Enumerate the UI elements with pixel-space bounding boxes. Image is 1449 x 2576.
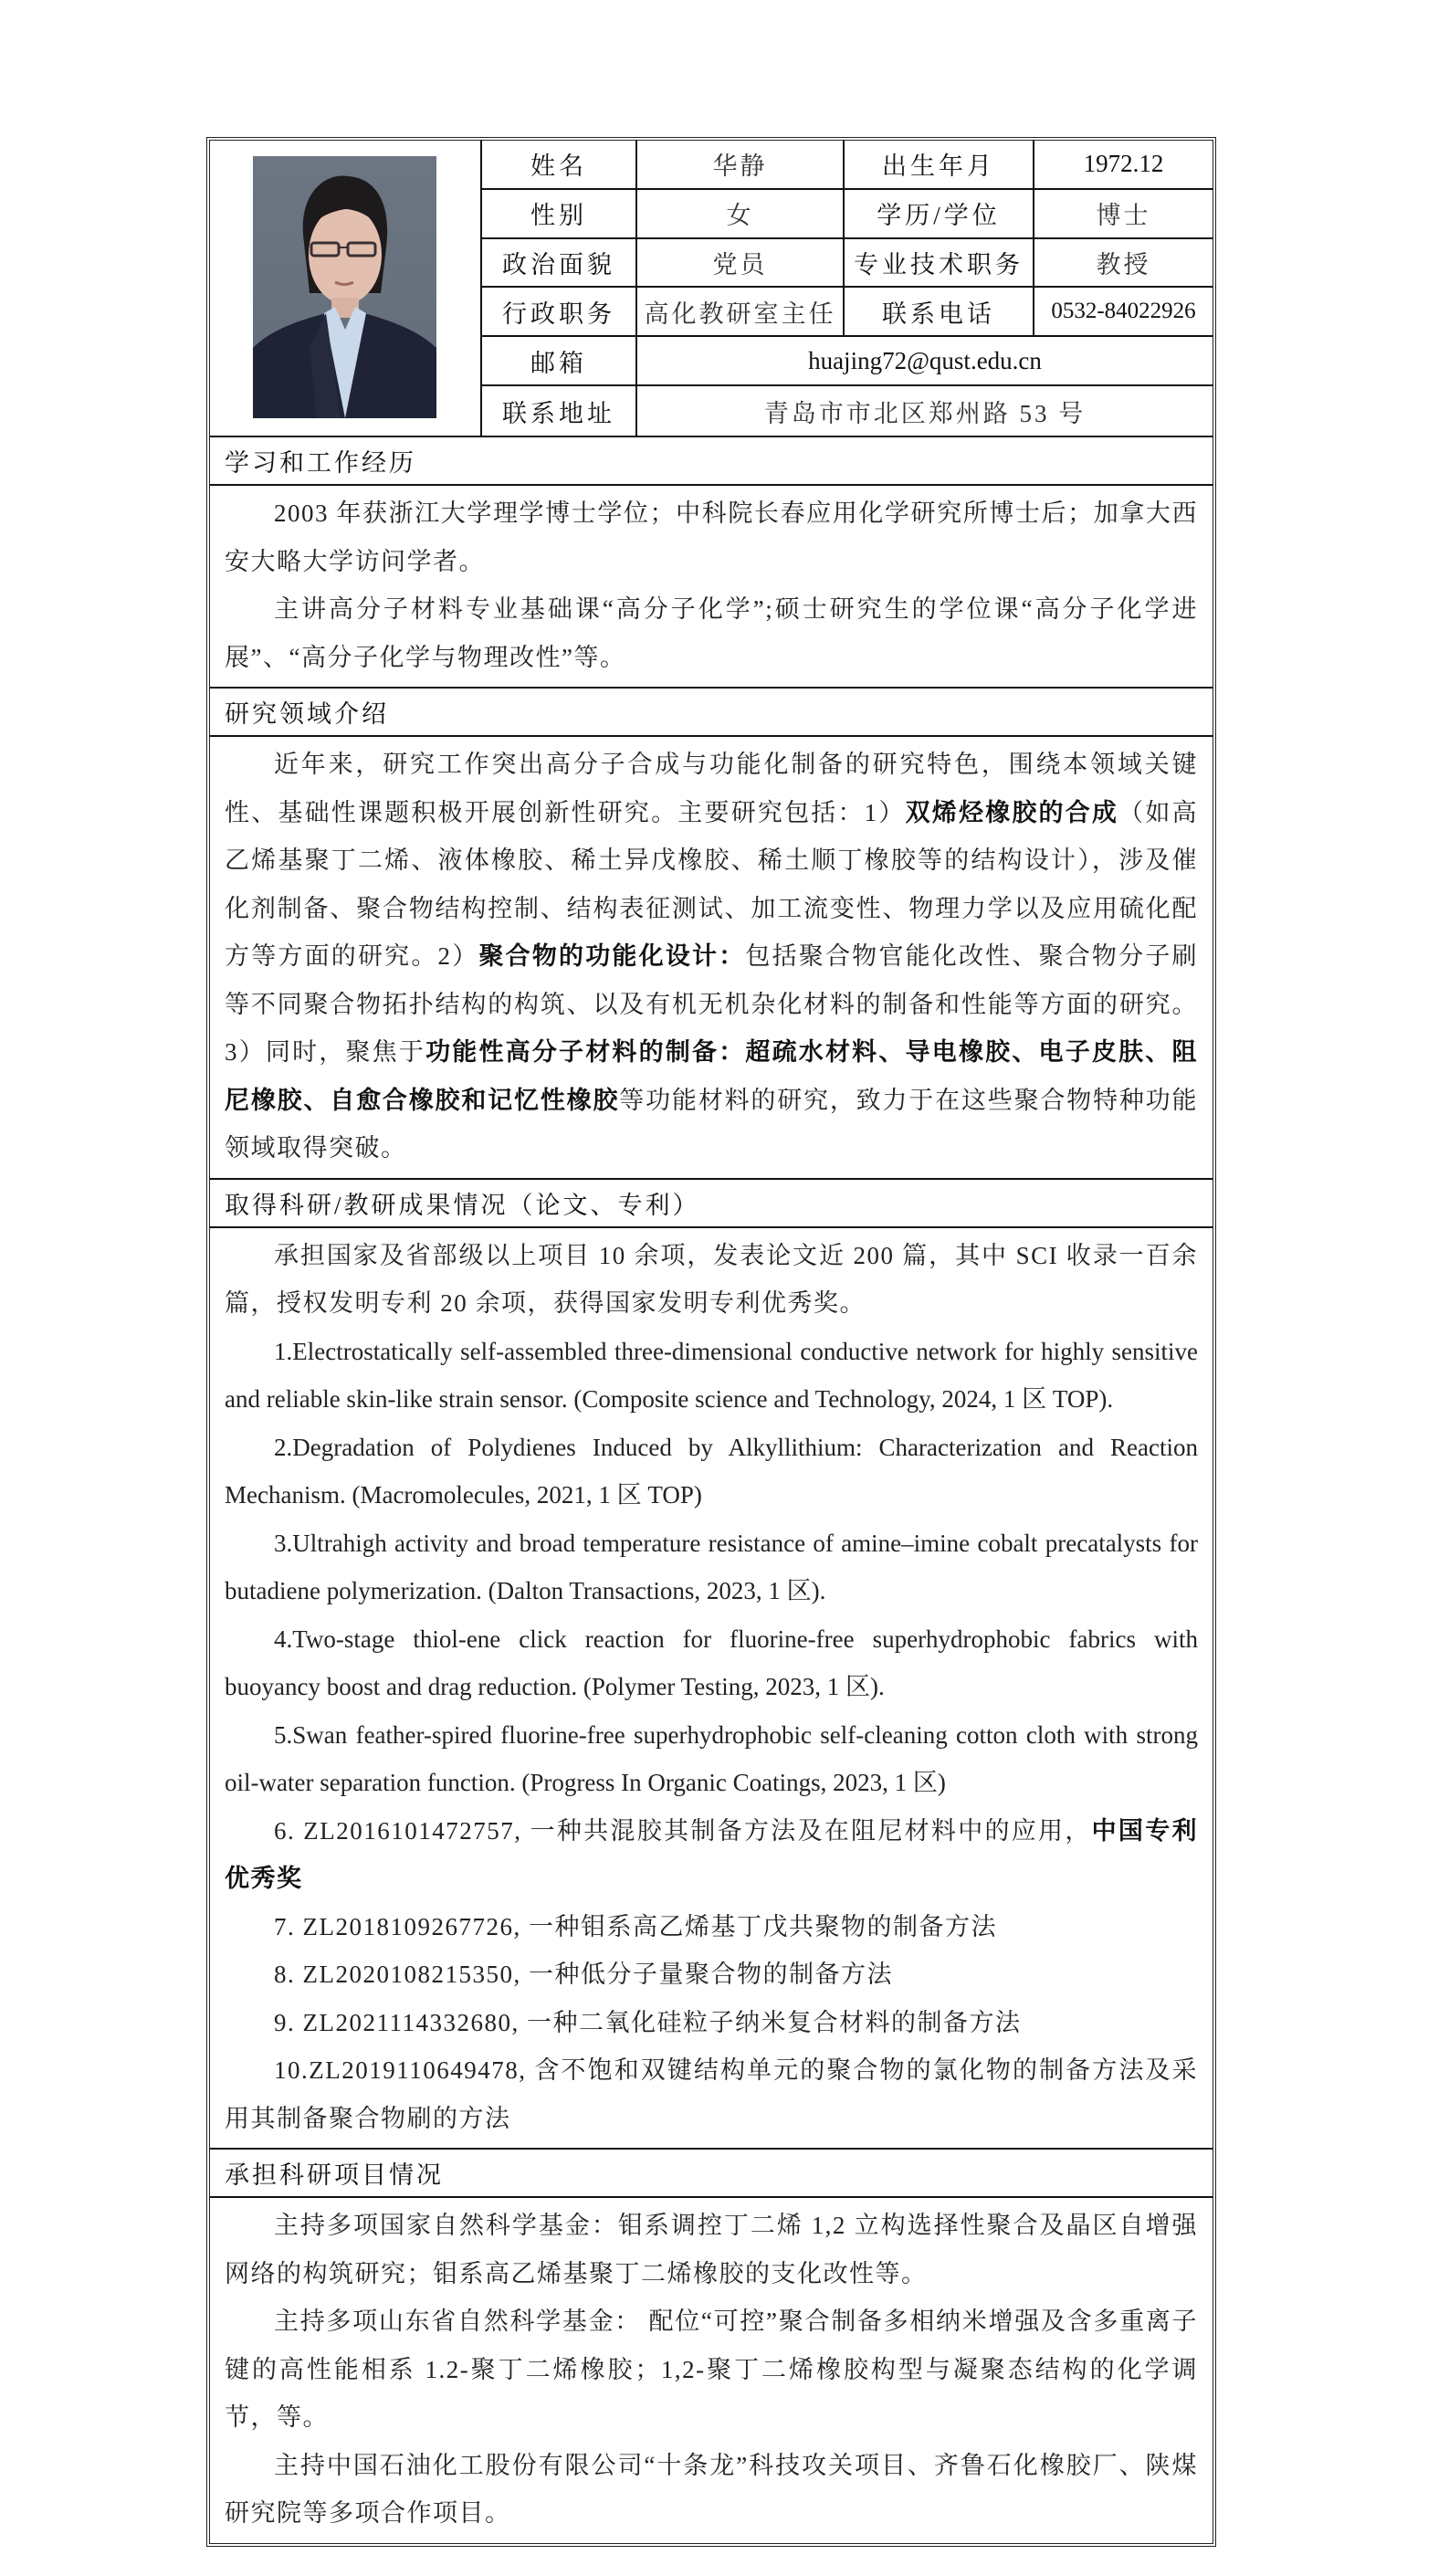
research-highlight: 聚合物的功能化设计： [478, 942, 745, 970]
paper-item: 3.Ultrahigh activity and broad temperatu… [225, 1519, 1198, 1615]
value-title: 教授 [1034, 239, 1213, 289]
value-admin-position: 高化教研室主任 [637, 288, 845, 337]
patent-item: 9. ZL2021114332680, 一种二氧化硅粒子纳米复合材料的制备方法 [225, 1999, 1198, 2047]
patent-item: 8. ZL2020108215350, 一种低分子量聚合物的制备方法 [225, 1950, 1198, 1999]
project-paragraph: 主持中国石油化工股份有限公司“十条龙”科技攻关项目、齐鲁石化橡胶厂、陕煤研究院等… [225, 2442, 1198, 2538]
section-body-research: 近年来，研究工作突出高分子合成与功能化制备的研究特色，围绕本领域关键性、基础性课… [210, 737, 1213, 1180]
paper-item: 2.Degradation of Polydienes Induced by A… [225, 1424, 1198, 1519]
patent-item: 7. ZL2018109267726, 一种钼系高乙烯基丁戊共聚物的制备方法 [225, 1903, 1198, 1951]
patent-item: 6. ZL2016101472757, 一种共混胶其制备方法及在阻尼材料中的应用… [225, 1807, 1198, 1903]
label-title: 专业技术职务 [845, 239, 1034, 289]
label-address: 联系地址 [482, 386, 637, 436]
basic-info-block: 姓名 华静 出生年月 1972.12 性别 女 学历/学位 博士 政治面貌 党员… [210, 141, 1213, 437]
label-degree: 学历/学位 [845, 190, 1034, 239]
research-highlight: 双烯烃橡胶的合成 [906, 799, 1119, 826]
research-paragraph: 近年来，研究工作突出高分子合成与功能化制备的研究特色，围绕本领域关键性、基础性课… [225, 741, 1198, 1172]
label-political-status: 政治面貌 [482, 239, 637, 289]
label-admin-position: 行政职务 [482, 288, 637, 337]
value-address: 青岛市市北区郑州路 53 号 [637, 386, 1213, 436]
section-title-research: 研究领域介绍 [210, 689, 1213, 737]
education-paragraph: 2003 年获浙江大学理学博士学位；中科院长春应用化学研究所博士后；加拿大西安大… [225, 489, 1198, 585]
patent-text: 6. ZL2016101472757, 一种共混胶其制备方法及在阻尼材料中的应用… [274, 1817, 1092, 1845]
label-gender: 性别 [482, 190, 637, 239]
paper-item: 4.Two-stage thiol-ene click reaction for… [225, 1615, 1198, 1711]
section-title-achievements: 取得科研/教研成果情况（论文、专利） [210, 1180, 1213, 1228]
label-phone: 联系电话 [845, 288, 1034, 337]
section-body-projects: 主持多项国家自然科学基金：钼系调控丁二烯 1,2 立构选择性聚合及晶区自增强网络… [210, 2198, 1213, 2543]
project-paragraph: 主持多项山东省自然科学基金： 配位“可控”聚合制备多相纳米增强及含多重离子键的高… [225, 2297, 1198, 2442]
value-email[interactable]: huajing72@qust.edu.cn [637, 337, 1213, 386]
value-birth: 1972.12 [1034, 141, 1213, 190]
person-silhouette-icon [253, 156, 436, 418]
achievements-summary: 承担国家及省部级以上项目 10 余项，发表论文近 200 篇，其中 SCI 收录… [225, 1232, 1198, 1328]
section-title-education: 学习和工作经历 [210, 437, 1213, 486]
portrait-photo [253, 156, 436, 418]
project-paragraph: 主持多项国家自然科学基金：钼系调控丁二烯 1,2 立构选择性聚合及晶区自增强网络… [225, 2202, 1198, 2297]
info-grid: 姓名 华静 出生年月 1972.12 性别 女 学历/学位 博士 政治面貌 党员… [482, 141, 1213, 436]
value-gender: 女 [637, 190, 845, 239]
paper-item: 5.Swan feather-spired fluorine-free supe… [225, 1711, 1198, 1807]
label-email: 邮箱 [482, 337, 637, 386]
photo-cell [210, 141, 482, 436]
education-paragraph: 主讲高分子材料专业基础课“高分子化学”;硕士研究生的学位课“高分子化学进展”、“… [225, 585, 1198, 681]
label-name: 姓名 [482, 141, 637, 190]
value-name: 华静 [637, 141, 845, 190]
value-phone: 0532-84022926 [1034, 288, 1213, 337]
value-political-status: 党员 [637, 239, 845, 289]
value-degree: 博士 [1034, 190, 1213, 239]
paper-item: 1.Electrostatically self-assembled three… [225, 1328, 1198, 1424]
section-title-projects: 承担科研项目情况 [210, 2150, 1213, 2198]
label-birth: 出生年月 [845, 141, 1034, 190]
section-body-achievements: 承担国家及省部级以上项目 10 余项，发表论文近 200 篇，其中 SCI 收录… [210, 1228, 1213, 2150]
patent-item: 10.ZL2019110649478, 含不饱和双键结构单元的聚合物的氯化物的制… [225, 2046, 1198, 2142]
section-body-education: 2003 年获浙江大学理学博士学位；中科院长春应用化学研究所博士后；加拿大西安大… [210, 486, 1213, 689]
profile-document: 姓名 华静 出生年月 1972.12 性别 女 学历/学位 博士 政治面貌 党员… [206, 137, 1216, 2547]
